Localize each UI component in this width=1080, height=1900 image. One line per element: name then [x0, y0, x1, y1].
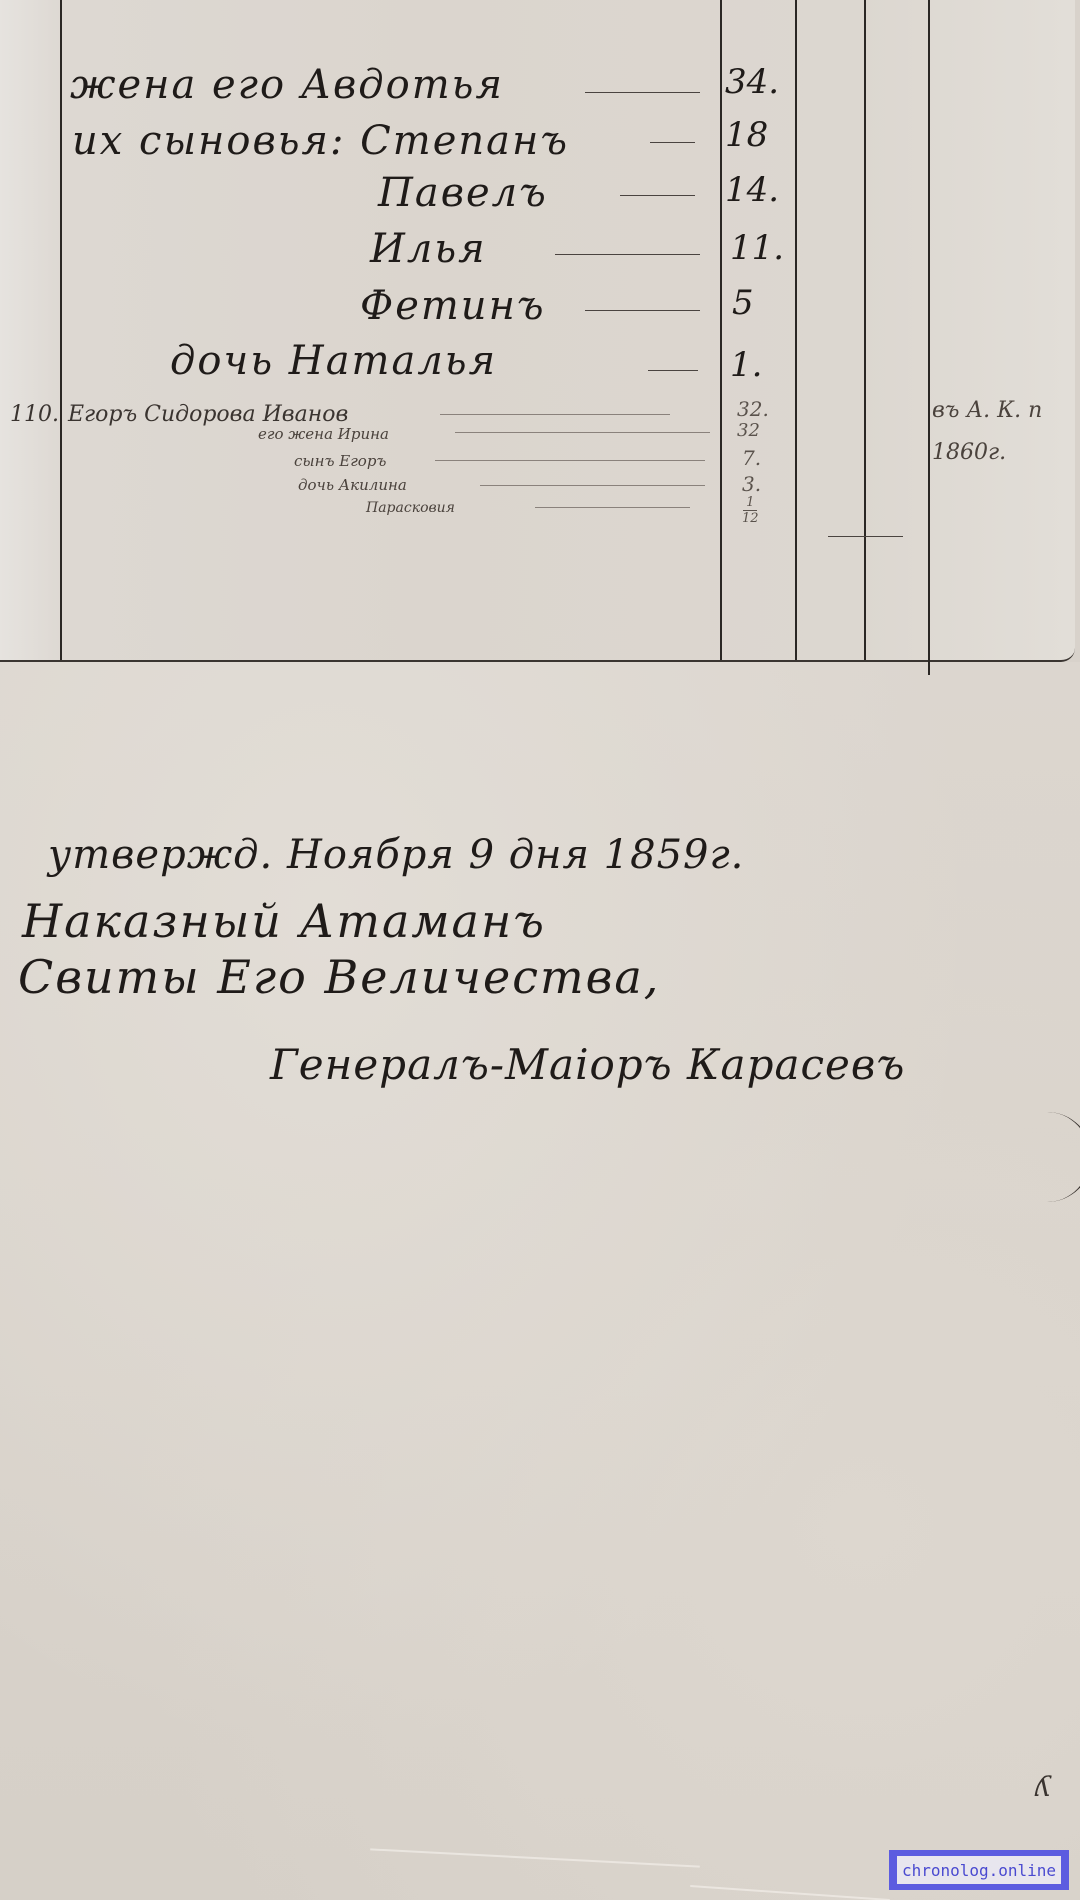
entry-110-son: сынъ Егоръ [294, 452, 386, 470]
age-son-fetin: 5 [732, 283, 754, 323]
short-rule [828, 536, 903, 537]
age-entry-110-wife: 32 [737, 420, 760, 441]
watermark-badge: chronolog.online [889, 1850, 1069, 1890]
age-entry-110-paraskovia-fraction: 1 12 [742, 496, 759, 525]
entry-110-wife: его жена Ирина [258, 425, 389, 443]
watermark-text: chronolog.online [897, 1856, 1061, 1884]
entry-son-pavel: Павелъ [378, 170, 548, 216]
entry-daughter-natalya: дочь Наталья [170, 338, 497, 384]
column-rule-age-left [720, 0, 722, 660]
entry-dash [585, 310, 700, 311]
entry-110-daughter: дочь Акилина [298, 476, 407, 494]
entry-son-stepan: их сыновья: Степанъ [72, 118, 569, 164]
signature-flourish [1010, 1112, 1080, 1202]
age-wife: 34. [725, 62, 779, 102]
column-rule-remarks [928, 0, 930, 675]
entry-110-paraskovia: Парасковия [366, 500, 455, 516]
entry-110-head: Егоръ Сидорова Иванов [68, 402, 348, 427]
approval-date-text: утвержд. Ноября 9 дня 1859г. [48, 832, 744, 878]
entry-dash [440, 414, 670, 415]
age-entry-110-son: 7. [742, 446, 761, 470]
entry-son-ilya: Илья [370, 226, 487, 272]
corner-mark: ʎ [1035, 1770, 1051, 1803]
entry-dash [535, 507, 690, 508]
entry-dash [435, 460, 705, 461]
entry-dash [650, 142, 695, 143]
approval-date-line: утвержд. Ноября 9 дня 1859г. [48, 832, 744, 878]
age-daughter-natalya: 1. [730, 345, 762, 385]
entry-dash [648, 370, 698, 371]
entry-dash [585, 92, 700, 93]
age-son-stepan: 18 [725, 115, 768, 155]
upper-sheet-register-table: жена его Авдотья 34. их сыновья: Степанъ… [0, 0, 1075, 662]
age-son-ilya: 11. [730, 228, 784, 268]
column-rule-left [60, 0, 62, 660]
age-entry-110-head: 32. [737, 397, 769, 421]
column-rule-age-right [795, 0, 797, 660]
entry-dash [480, 485, 705, 486]
approval-suite-line: Свиты Его Величества, [18, 950, 660, 1004]
entry-dash [555, 254, 700, 255]
entry-dash [620, 195, 695, 196]
approval-signature-line: Генералъ-Маіоръ Карасевъ [270, 1040, 905, 1089]
paper-crease [370, 1848, 700, 1867]
age-son-pavel: 14. [725, 170, 779, 210]
remark-line-1: въ А. К. п [932, 398, 1042, 423]
lower-sheet: утвержд. Ноября 9 дня 1859г. Наказный Ат… [0, 662, 1080, 1900]
paper-crease [690, 1885, 890, 1900]
age-entry-110-daughter: 3. [742, 472, 761, 496]
entry-dash [455, 432, 710, 433]
entry-son-fetin: Фетинъ [360, 283, 546, 329]
approval-title-line: Наказный Атаманъ [22, 894, 546, 948]
entry-110-number: 110. [10, 402, 59, 427]
column-rule-3 [864, 0, 866, 660]
entry-wife: жена его Авдотья [70, 62, 504, 108]
remark-line-2: 1860г. [932, 440, 1006, 465]
